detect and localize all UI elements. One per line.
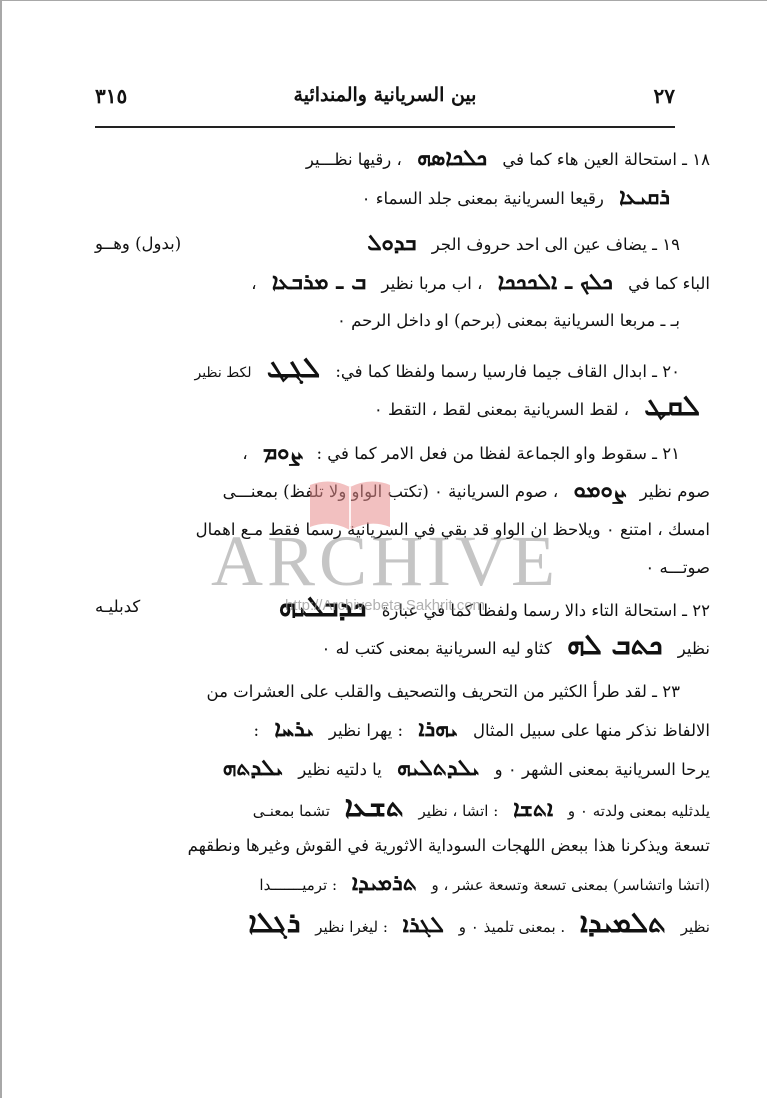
syriac-word: ܐܬܫܐ — [503, 791, 563, 830]
line-text: : اتشا ، نظير — [419, 802, 499, 820]
line-text: ٢٢ ـ استحالة التاء دالا رسما ولفظا كما ف… — [382, 601, 710, 620]
syriac-word: ܨܘܡ — [253, 434, 311, 473]
line-text: ١٩ ـ يضاف عين الى احد حروف الجر — [432, 235, 680, 254]
syriac-word: ܝܪܚܐ — [264, 711, 323, 750]
text-line: يرحا السريانية بمعنى الشهر ٠ و ܝܠܕܬܠܝܗ ي… — [95, 750, 710, 789]
line-text: صوتـــه ٠ — [645, 558, 710, 577]
line-text: الباء كما في — [628, 274, 710, 293]
line-text: ، — [251, 274, 256, 293]
syriac-word: ܝܗܪܐ — [408, 711, 467, 750]
volume-page-number: ٣١٥ — [95, 84, 127, 108]
line-text: (اتشا واتشاسر) بمعنى تسعة وتسعة عشر ، و — [432, 876, 710, 894]
line-text: ٢٠ ـ ابدال القاف جيما فارسيا رسما ولفظا … — [335, 362, 680, 381]
text-line: ܠܩܛ ، لقط السريانية بمعنى لقط ، التقط ٠ — [95, 387, 710, 426]
syriac-word: ܒ ـ ܡܪܒܥܐ — [262, 264, 376, 303]
line-text: كثاو ليه السريانية بمعنى كتب له ٠ — [322, 639, 552, 658]
syriac-word: ܟܠܟ ـ ܐܠܟܟܟܐ — [488, 264, 623, 303]
text-line: صوتـــه ٠ — [95, 549, 710, 588]
text-line: ١٨ ـ استحالة العين هاء كما في ܟܠܟܐܣܗ ، ر… — [95, 140, 710, 179]
text-line: صوم نظير ܨܘܡܘ ، صوم السريانية ٠ (تكتب ال… — [95, 472, 710, 511]
text-line: ١٩ ـ يضاف عين الى احد حروف الجر ܒܕܘܠ (بد… — [95, 225, 710, 264]
line-text: (بدول) وهــو — [95, 225, 181, 264]
line-text: تسعة ويذكرنا هذا ببعض اللهجات السوداية ا… — [188, 836, 710, 855]
text-line: امسك ، امتنع ٠ ويلاحظ ان الواو قد بقي في… — [95, 511, 710, 550]
line-text: ، لقط السريانية بمعنى لقط ، التقط ٠ — [374, 400, 629, 419]
line-text: : ترميـــــــدا — [259, 876, 337, 894]
syriac-word: ܬܪܡܝܕܐ — [342, 865, 427, 904]
text-line: ٢٢ ـ استحالة التاء دالا رسما ولفظا كما ف… — [95, 588, 710, 627]
syriac-word: ܬܠܡܝܕܐ — [570, 904, 676, 943]
syriac-word: ܨܘܡܘ — [563, 472, 634, 511]
syriac-word: ܟܕܒܠܝܗ — [269, 588, 377, 627]
line-text: الالفاظ نذكر منها على سبيل المثال — [473, 721, 710, 740]
text-line: نظير ܟܬܒ ܠܗ كثاو ليه السريانية بمعنى كتب… — [95, 626, 710, 665]
text-line: يلدثليه بمعنى ولدته ٠ و ܐܬܫܐ : اتشا ، نظ… — [95, 788, 710, 827]
syriac-word: ܝܠܕܬܠܝܗ — [387, 750, 489, 789]
line-text: : — [254, 721, 260, 740]
line-text: يرحا السريانية بمعنى الشهر ٠ و — [495, 760, 710, 779]
syriac-word: ܝܠܕܬܗ — [213, 750, 293, 789]
syriac-word: ܒܕܘܠ — [357, 225, 426, 264]
line-text: يلدثليه بمعنى ولدته ٠ و — [568, 802, 710, 820]
page-body: ١٨ ـ استحالة العين هاء كما في ܟܠܟܐܣܗ ، ر… — [95, 140, 710, 942]
line-text: ٢٣ ـ لقد طرأ الكثير من التحريف والتصحيف … — [207, 682, 680, 701]
syriac-word: ܪܓܠܐ — [238, 904, 310, 943]
header-rule — [95, 126, 675, 128]
text-line: تسعة ويذكرنا هذا ببعض اللهجات السوداية ا… — [95, 827, 710, 866]
line-text: كدبليـه — [95, 588, 140, 627]
line-text: يا دلتيه نظير — [298, 760, 382, 779]
text-line: ٢١ ـ سقوط واو الجماعة لفظا من فعل الامر … — [95, 434, 710, 473]
text-line: ٢٠ ـ ابدال القاف جيما فارسيا رسما ولفظا … — [95, 349, 710, 388]
line-text: لكط نظير — [194, 365, 251, 381]
text-line: الباء كما في ܟܠܟ ـ ܐܠܟܟܟܐ ، اب مربا نظير… — [95, 264, 710, 303]
line-text: ، صوم السريانية ٠ (تكتب الواو ولا تلفظ) … — [223, 482, 559, 501]
line-text: ٢١ ـ سقوط واو الجماعة لفظا من فعل الامر … — [317, 444, 681, 463]
line-text: . بمعنى تلميذ ٠ و — [459, 918, 565, 936]
line-text: امسك ، امتنع ٠ ويلاحظ ان الواو قد بقي في… — [196, 520, 710, 539]
line-text: نظير — [681, 918, 710, 936]
page-header: ٢٧ بين السريانية والمندائية ٣١٥ — [95, 84, 675, 114]
text-line: ٢٣ ـ لقد طرأ الكثير من التحريف والتصحيف … — [95, 673, 710, 712]
syriac-word: ܬܫܥܐ — [335, 788, 414, 827]
syriac-word: ܠܩܛ — [634, 387, 710, 426]
text-line: ܪܩܝܥܐ رقيعا السريانية بمعنى جلد السماء ٠ — [95, 179, 710, 218]
text-line: الالفاظ نذكر منها على سبيل المثال ܝܗܪܐ :… — [95, 711, 710, 750]
syriac-word: ܟܬܒ ܠܗ — [557, 626, 673, 665]
line-text: رقيعا السريانية بمعنى جلد السماء ٠ — [362, 189, 604, 208]
line-text: نظير — [678, 639, 710, 658]
line-text: ، — [242, 444, 247, 463]
text-line: (اتشا واتشاسر) بمعنى تسعة وتسعة عشر ، و … — [95, 865, 710, 904]
syriac-word: ܪܩܝܥܐ — [609, 179, 680, 218]
line-text: بـ ـ مربعا السريانية بمعنى (برحم) او داخ… — [337, 311, 680, 330]
syriac-word: ܠܓܛ — [257, 349, 330, 388]
text-line: نظير ܬܠܡܝܕܐ . بمعنى تلميذ ٠ و ܠܓܪܐ : ليغ… — [95, 904, 710, 943]
line-text: ، اب مربا نظير — [382, 274, 483, 293]
line-text: : يهرا نظير — [329, 721, 403, 740]
line-text: صوم نظير — [640, 482, 710, 501]
text-line: بـ ـ مربعا السريانية بمعنى (برحم) او داخ… — [95, 302, 710, 341]
line-text: تشما بمعنـى — [253, 802, 330, 820]
syriac-word: ܟܠܟܐܣܗ — [407, 140, 497, 179]
line-text: ١٨ ـ استحالة العين هاء كما في — [502, 150, 710, 169]
line-text: : ليغرا نظير — [315, 918, 388, 936]
running-title: بين السريانية والمندائية — [95, 84, 675, 106]
syriac-word: ܠܓܪܐ — [393, 907, 454, 946]
line-text: ، رقيها نظـــير — [306, 150, 402, 169]
